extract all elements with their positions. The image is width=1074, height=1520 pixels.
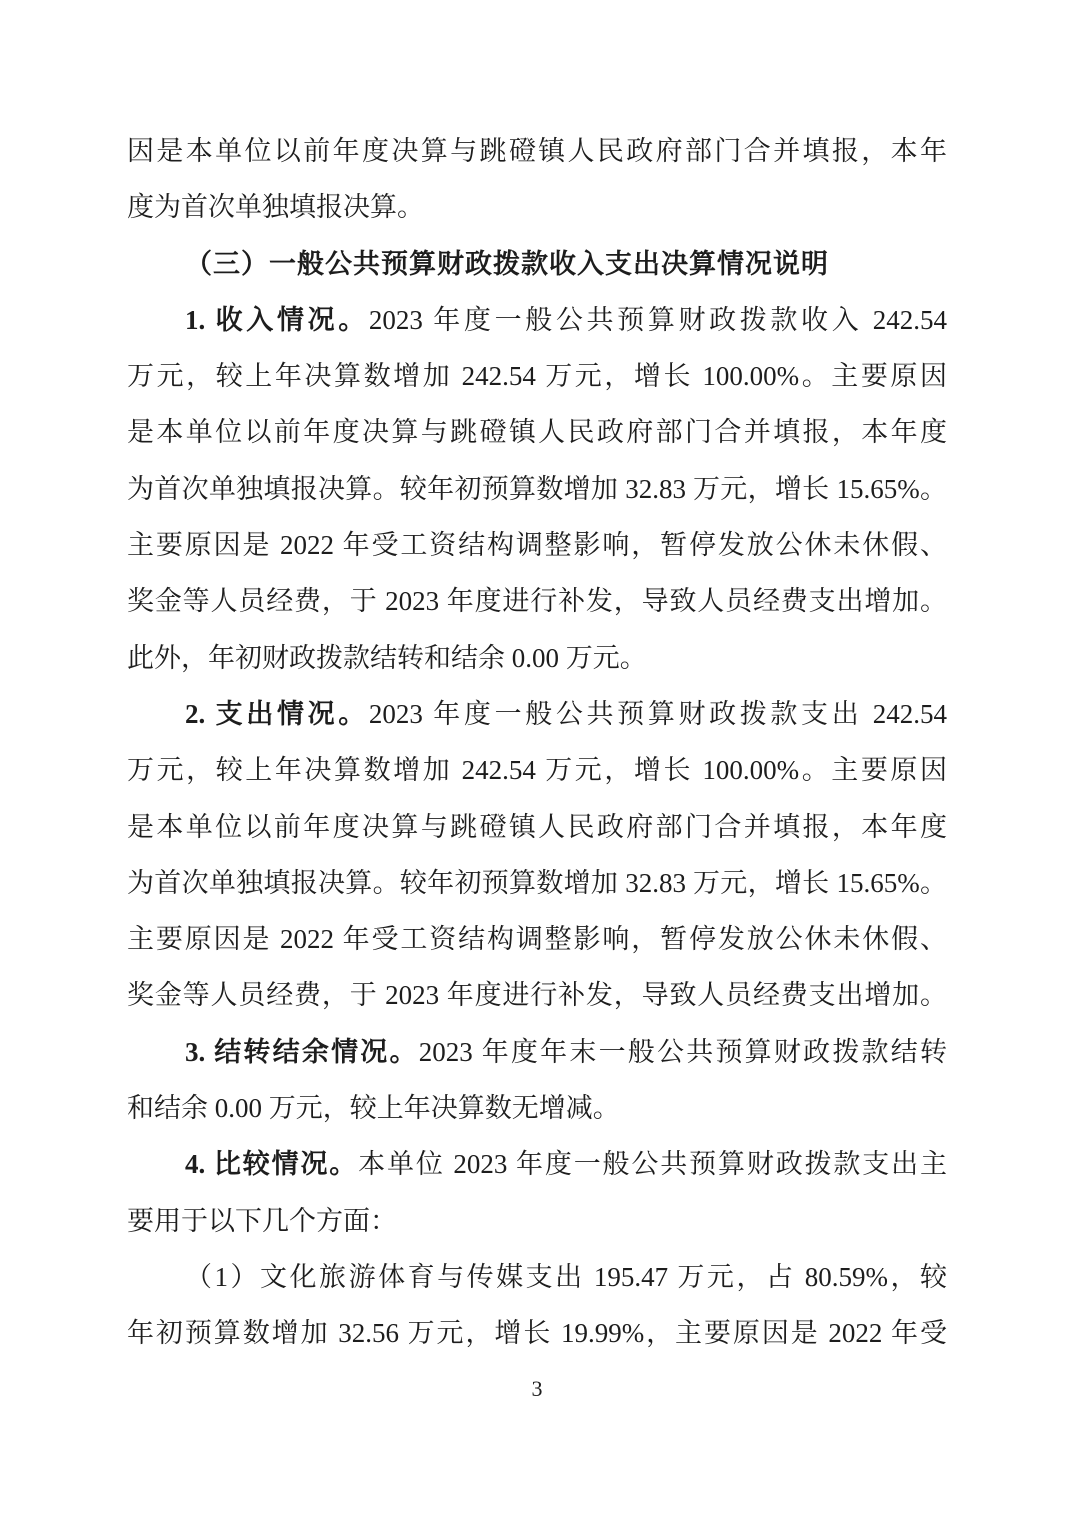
section-heading-line: （三）一般公共预算财政拨款收入支出决算情况说明 <box>127 236 947 292</box>
body-text-line: 奖金等人员经费，于 2023 年度进行补发，导致人员经费支出增加。 <box>127 967 947 1023</box>
body-text: 为首次单独填报决算。较年初预算数增加 32.83 万元，增长 15.65%。 <box>127 474 947 504</box>
body-text: 万元，较上年决算数增加 242.54 万元，增长 100.00%。主要原因 <box>127 361 947 391</box>
body-text: 2023 年度年末一般公共预算财政拨款结转 <box>419 1037 947 1067</box>
body-text-line: 主要原因是 2022 年受工资结构调整影响，暂停发放公休未休假、 <box>127 517 947 573</box>
bold-lead-text: 1. 收入情况。 <box>185 305 369 335</box>
body-text-line: 是本单位以前年度决算与跳磴镇人民政府部门合并填报，本年度 <box>127 404 947 460</box>
body-text-line: 和结余 0.00 万元，较上年决算数无增减。 <box>127 1080 947 1136</box>
body-text: 是本单位以前年度决算与跳磴镇人民政府部门合并填报，本年度 <box>127 417 947 447</box>
body-text-line: 要用于以下几个方面： <box>127 1193 947 1249</box>
body-text-line: 因是本单位以前年度决算与跳磴镇人民政府部门合并填报，本年 <box>127 123 947 179</box>
body-text-line: 此外，年初财政拨款结转和结余 0.00 万元。 <box>127 630 947 686</box>
body-text: 此外，年初财政拨款结转和结余 0.00 万元。 <box>127 643 647 673</box>
body-text-line: 为首次单独填报决算。较年初预算数增加 32.83 万元，增长 15.65%。 <box>127 855 947 911</box>
body-text-line: 年初预算数增加 32.56 万元，增长 19.99%，主要原因是 2022 年受 <box>127 1305 947 1361</box>
body-text: 为首次单独填报决算。较年初预算数增加 32.83 万元，增长 15.65%。 <box>127 868 947 898</box>
body-text: 和结余 0.00 万元，较上年决算数无增减。 <box>127 1093 620 1123</box>
body-text: 2023 年度一般公共预算财政拨款支出 242.54 <box>369 699 947 729</box>
body-text-line: 主要原因是 2022 年受工资结构调整影响，暂停发放公休未休假、 <box>127 911 947 967</box>
body-text: 是本单位以前年度决算与跳磴镇人民政府部门合并填报，本年度 <box>127 812 947 842</box>
body-text-line: 奖金等人员经费，于 2023 年度进行补发，导致人员经费支出增加。 <box>127 573 947 629</box>
body-text-line: 4. 比较情况。本单位 2023 年度一般公共预算财政拨款支出主 <box>127 1136 947 1192</box>
body-text-line: 为首次单独填报决算。较年初预算数增加 32.83 万元，增长 15.65%。 <box>127 461 947 517</box>
body-text-line: 万元，较上年决算数增加 242.54 万元，增长 100.00%。主要原因 <box>127 742 947 798</box>
body-text: （1）文化旅游体育与传媒支出 195.47 万元，占 80.59%，较 <box>185 1262 947 1292</box>
body-text: 因是本单位以前年度决算与跳磴镇人民政府部门合并填报，本年 <box>127 136 947 166</box>
body-text: 主要原因是 2022 年受工资结构调整影响，暂停发放公休未休假、 <box>127 924 947 954</box>
body-text-line: 是本单位以前年度决算与跳磴镇人民政府部门合并填报，本年度 <box>127 799 947 855</box>
body-text: 本单位 2023 年度一般公共预算财政拨款支出主 <box>358 1149 947 1179</box>
bold-lead-text: 4. 比较情况。 <box>185 1149 358 1179</box>
body-text: 主要原因是 2022 年受工资结构调整影响，暂停发放公休未休假、 <box>127 530 947 560</box>
bold-lead-text: 2. 支出情况。 <box>185 699 369 729</box>
document-page: 因是本单位以前年度决算与跳磴镇人民政府部门合并填报，本年度为首次单独填报决算。（… <box>0 0 1074 1520</box>
body-text: 年初预算数增加 32.56 万元，增长 19.99%，主要原因是 2022 年受 <box>127 1318 947 1348</box>
body-text: 万元，较上年决算数增加 242.54 万元，增长 100.00%。主要原因 <box>127 755 947 785</box>
body-text-line: 3. 结转结余情况。2023 年度年末一般公共预算财政拨款结转 <box>127 1024 947 1080</box>
body-text: 奖金等人员经费，于 2023 年度进行补发，导致人员经费支出增加。 <box>127 980 947 1010</box>
body-text-line: 2. 支出情况。2023 年度一般公共预算财政拨款支出 242.54 <box>127 686 947 742</box>
document-body: 因是本单位以前年度决算与跳磴镇人民政府部门合并填报，本年度为首次单独填报决算。（… <box>127 123 947 1362</box>
body-text-line: 1. 收入情况。2023 年度一般公共预算财政拨款收入 242.54 <box>127 292 947 348</box>
page-number: 3 <box>0 1374 1074 1404</box>
body-text-line: 万元，较上年决算数增加 242.54 万元，增长 100.00%。主要原因 <box>127 348 947 404</box>
body-text: 度为首次单独填报决算。 <box>127 192 424 222</box>
bold-lead-text: （三）一般公共预算财政拨款收入支出决算情况说明 <box>185 249 829 279</box>
body-text-line: （1）文化旅游体育与传媒支出 195.47 万元，占 80.59%，较 <box>127 1249 947 1305</box>
body-text: 要用于以下几个方面： <box>127 1206 397 1236</box>
body-text-line: 度为首次单独填报决算。 <box>127 179 947 235</box>
body-text: 2023 年度一般公共预算财政拨款收入 242.54 <box>369 305 947 335</box>
body-text: 奖金等人员经费，于 2023 年度进行补发，导致人员经费支出增加。 <box>127 586 947 616</box>
bold-lead-text: 3. 结转结余情况。 <box>185 1037 419 1067</box>
